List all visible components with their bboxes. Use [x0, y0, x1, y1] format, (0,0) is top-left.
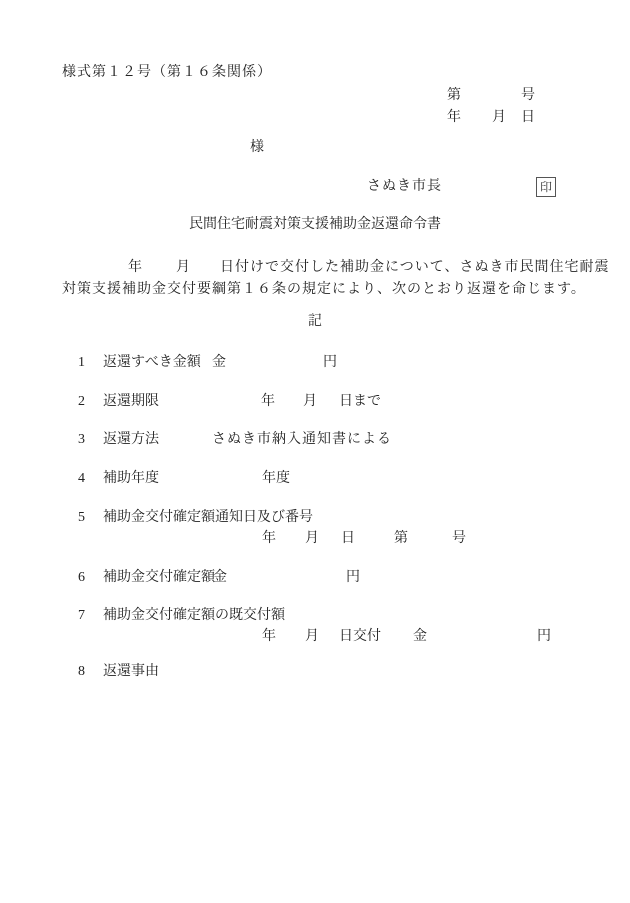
amount-yen-label: 円 [323, 353, 337, 373]
form-number: 様式第１２号（第１６条関係） [62, 63, 272, 83]
document-page: 様式第１２号（第１６条関係） 第 号 年 月 日 様 さぬき市長 印 民間住宅耐… [0, 0, 630, 903]
paid-yen-label: 円 [537, 627, 551, 647]
date-year-label: 年 [447, 108, 461, 128]
fixed-amount-kin-label: 金 [213, 568, 227, 588]
item-number: 7 [78, 606, 85, 626]
deadline-month-label: 月 [303, 392, 317, 412]
addressee-line: 様 [0, 138, 630, 158]
item-label: 補助金交付確定額の既交付額 [103, 606, 285, 626]
item-label: 返還期限 [103, 392, 159, 412]
item-8: 8 返還事由 [0, 662, 630, 682]
item-1: 1 返還すべき金額 金 円 [0, 353, 630, 373]
body-line1-text: 日付けで交付した補助金について、さぬき市民間住宅耐震 [220, 258, 609, 278]
body-month-label: 月 [176, 258, 190, 278]
item-label: 補助金交付確定額 [103, 568, 215, 588]
notice-year-label: 年 [262, 529, 276, 549]
deadline-year-label: 年 [261, 392, 275, 412]
item-label: 返還すべき金額 [103, 353, 201, 373]
item-label: 返還方法 [103, 430, 159, 450]
item-label: 補助年度 [103, 469, 159, 489]
doc-number-suffix: 号 [521, 86, 535, 106]
item-number: 8 [78, 662, 85, 682]
item-7-detail: 年 月 日交付 金 円 [0, 627, 630, 647]
return-method-value: さぬき市納入通知書による [212, 430, 392, 450]
item-3: 3 返還方法 さぬき市納入通知書による [0, 430, 630, 450]
item-number: 2 [78, 392, 85, 412]
fiscal-year-label: 年度 [262, 469, 290, 489]
notice-no-prefix: 第 [394, 529, 408, 549]
paid-year-label: 年 [262, 627, 276, 647]
item-number: 3 [78, 430, 85, 450]
doc-number-prefix: 第 [447, 86, 461, 106]
paid-kin-label: 金 [413, 627, 427, 647]
body-year-label: 年 [128, 258, 142, 278]
body-line2-text: 対策支援補助金交付要綱第１６条の規定により、次のとおり返還を命じます。 [62, 280, 586, 300]
notice-day-label: 日 [341, 529, 355, 549]
item-label: 補助金交付確定額通知日及び番号 [103, 508, 313, 528]
note-marker: 記 [0, 312, 630, 332]
paid-month-label: 月 [305, 627, 319, 647]
item-label: 返還事由 [103, 662, 159, 682]
item-number: 6 [78, 568, 85, 588]
body-line-1: 年 月 日付けで交付した補助金について、さぬき市民間住宅耐震 [0, 258, 630, 278]
amount-kin-label: 金 [212, 353, 226, 373]
item-number: 1 [78, 353, 85, 373]
paid-day-label: 日交付 [339, 627, 381, 647]
body-line-2: 対策支援補助金交付要綱第１６条の規定により、次のとおり返還を命じます。 [0, 280, 630, 300]
date-day-label: 日 [521, 108, 535, 128]
item-4: 4 補助年度 年度 [0, 469, 630, 489]
item-7: 7 補助金交付確定額の既交付額 [0, 606, 630, 626]
item-5: 5 補助金交付確定額通知日及び番号 [0, 508, 630, 528]
mayor-label: さぬき市長 [367, 177, 442, 197]
item-6: 6 補助金交付確定額 金 円 [0, 568, 630, 588]
issue-date-line: 年 月 日 [0, 108, 630, 128]
doc-title: 民間住宅耐震対策支援補助金返還命令書 [0, 215, 630, 235]
addressee-suffix: 様 [250, 138, 264, 158]
item-number: 4 [78, 469, 85, 489]
fixed-amount-yen-label: 円 [346, 568, 360, 588]
notice-month-label: 月 [305, 529, 319, 549]
item-number: 5 [78, 508, 85, 528]
item-2: 2 返還期限 年 月 日まで [0, 392, 630, 412]
deadline-day-label: 日まで [339, 392, 381, 412]
notice-no-suffix: 号 [452, 529, 466, 549]
date-month-label: 月 [492, 108, 506, 128]
doc-number-line: 第 号 [0, 86, 630, 106]
item-5-detail: 年 月 日 第 号 [0, 529, 630, 549]
seal-stamp: 印 [536, 177, 556, 197]
form-number-line: 様式第１２号（第１６条関係） [0, 63, 630, 83]
